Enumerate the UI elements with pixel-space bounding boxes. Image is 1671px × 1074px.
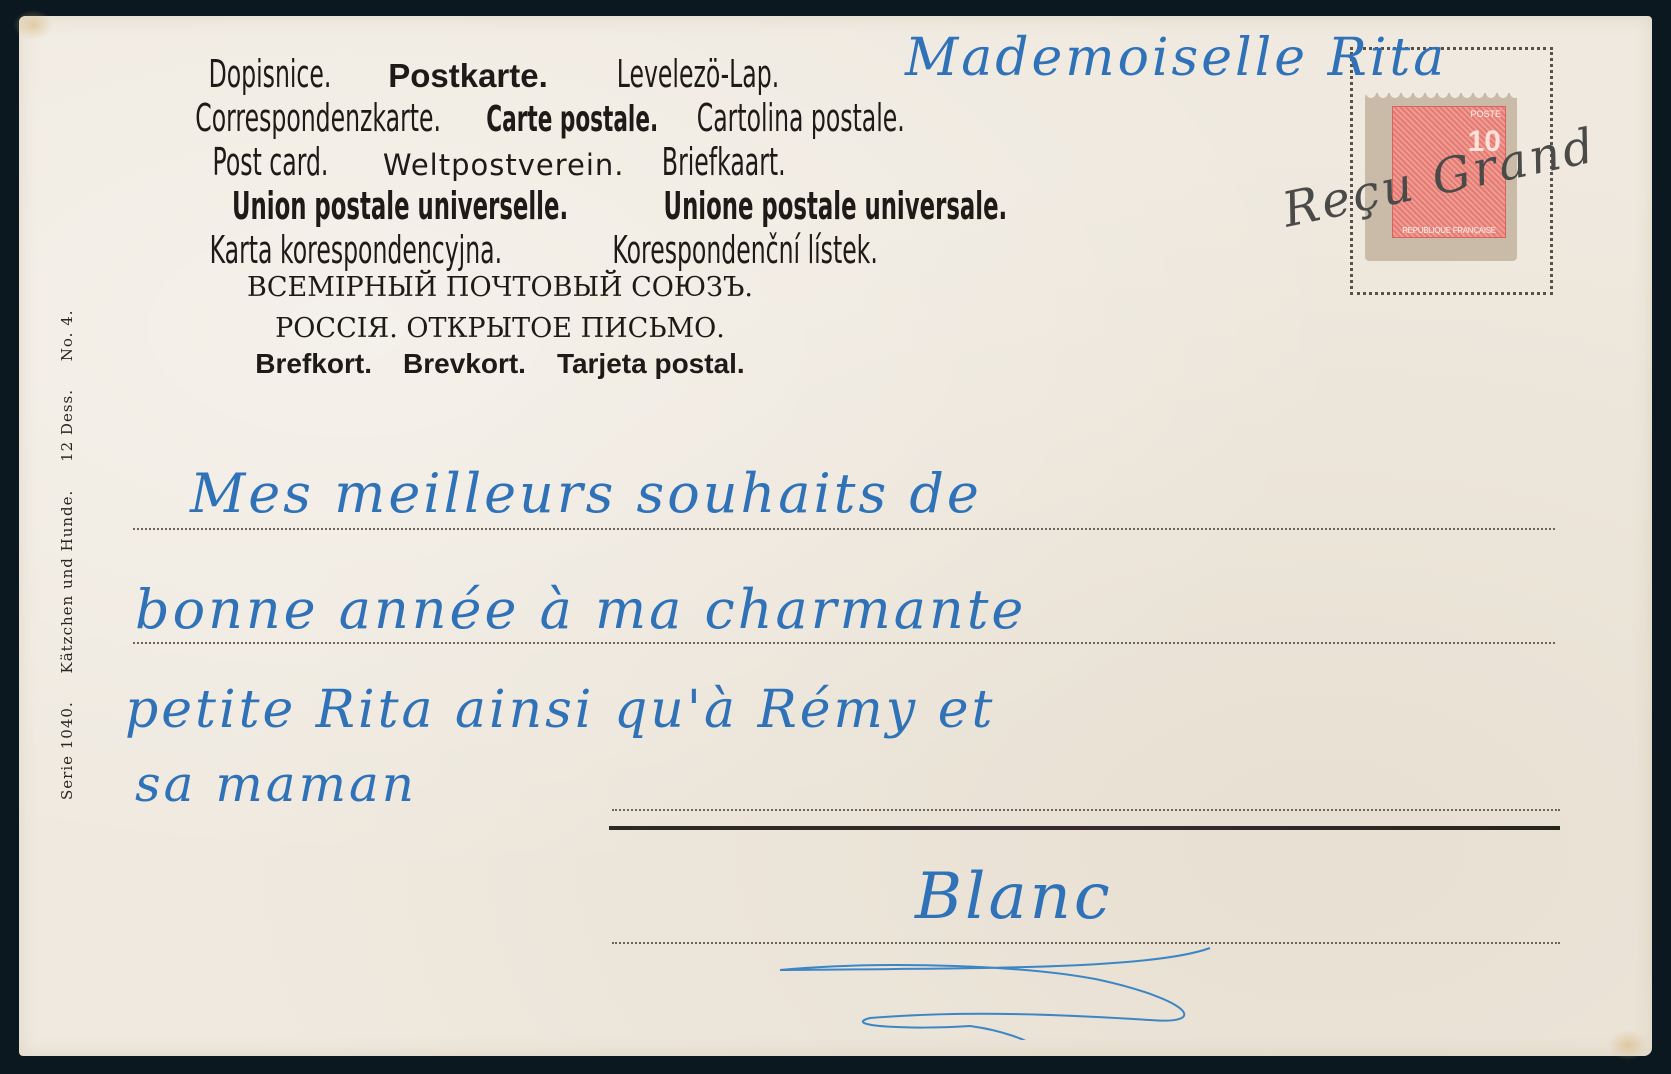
handwritten-signature: Blanc: [915, 860, 1113, 934]
corner-stain: [1608, 1030, 1648, 1060]
message-line-1: [133, 528, 1555, 530]
corner-stain: [13, 10, 53, 40]
stamp-country: REPUBLIQUE FRANÇAISE: [1395, 226, 1503, 235]
header-text: Union postale universelle.: [232, 184, 568, 228]
message-line-text-3: petite Rita ainsi qu'à Rémy et: [125, 680, 995, 740]
address-line-1: [612, 809, 1560, 811]
header-text: Postkarte.: [388, 57, 548, 95]
header-text: Post card.: [212, 140, 328, 184]
header-text: Correspondenzkarte.: [195, 96, 441, 140]
header-row-5: Karta korespondencyjna. Korespondenční l…: [120, 228, 880, 272]
header-text: Karta korespondencyjna.: [210, 228, 502, 272]
design-count: 12 Dess.: [58, 389, 76, 462]
series-title: Kätzchen und Hunde.: [58, 490, 76, 674]
header-text: Brevkort.: [403, 348, 526, 380]
header-text: Unione postale universale.: [664, 184, 1008, 228]
stamp-label: POSTE: [1470, 109, 1501, 119]
header-text: ВСЕМІРНЫЙ ПОЧТОВЫЙ СОЮЗЪ.: [247, 272, 753, 303]
message-line-text-2: bonne année à ma charmante: [135, 578, 1026, 641]
handwritten-addressee: Mademoiselle Rita: [905, 28, 1447, 88]
header-row-2: Correspondenzkarte. Carte postale. Carto…: [120, 96, 880, 140]
message-line-2: [133, 642, 1555, 644]
header-row-6: ВСЕМІРНЫЙ ПОЧТОВЫЙ СОЮЗЪ.: [120, 272, 880, 303]
header-text: Brefkort.: [255, 348, 372, 380]
header-text: Tarjeta postal.: [557, 348, 745, 380]
signature-flourish: [770, 940, 1290, 1040]
header-text: Briefkaart.: [661, 140, 785, 184]
header-text: Weltpostverein.: [383, 148, 625, 182]
message-line-text-4: sa maman: [135, 755, 417, 813]
header-row-4: Union postale universelle. Unione postal…: [120, 184, 880, 228]
header-text: Korespondenční lístek.: [612, 228, 877, 272]
header-text: Levelezö-Lap.: [617, 52, 779, 96]
header-text: Carte postale.: [487, 99, 659, 140]
header-row-8: Brefkort. Brevkort. Tarjeta postal.: [120, 348, 880, 381]
series-number: Serie 1040.: [58, 701, 76, 800]
header-text: Dopisnice.: [209, 52, 332, 96]
header-row-7: РОССІЯ. ОТКРЫТОЕ ПИСЬМО.: [120, 313, 880, 344]
divider-rule: [609, 826, 1560, 830]
header-text: РОССІЯ. ОТКРЫТОЕ ПИСЬМО.: [275, 313, 725, 344]
design-number: No. 4.: [58, 309, 76, 361]
message-line-text-1: Mes meilleurs souhaits de: [190, 462, 982, 525]
header-row-3: Post card. Weltpostverein. Briefkaart.: [120, 140, 880, 184]
publisher-side-text: Serie 1040. Kätzchen und Hunde. 12 Dess.…: [58, 220, 76, 800]
header-text: Cartolina postale.: [697, 96, 905, 140]
header-row-1: Dopisnice. Postkarte. Levelezö-Lap.: [120, 52, 880, 96]
